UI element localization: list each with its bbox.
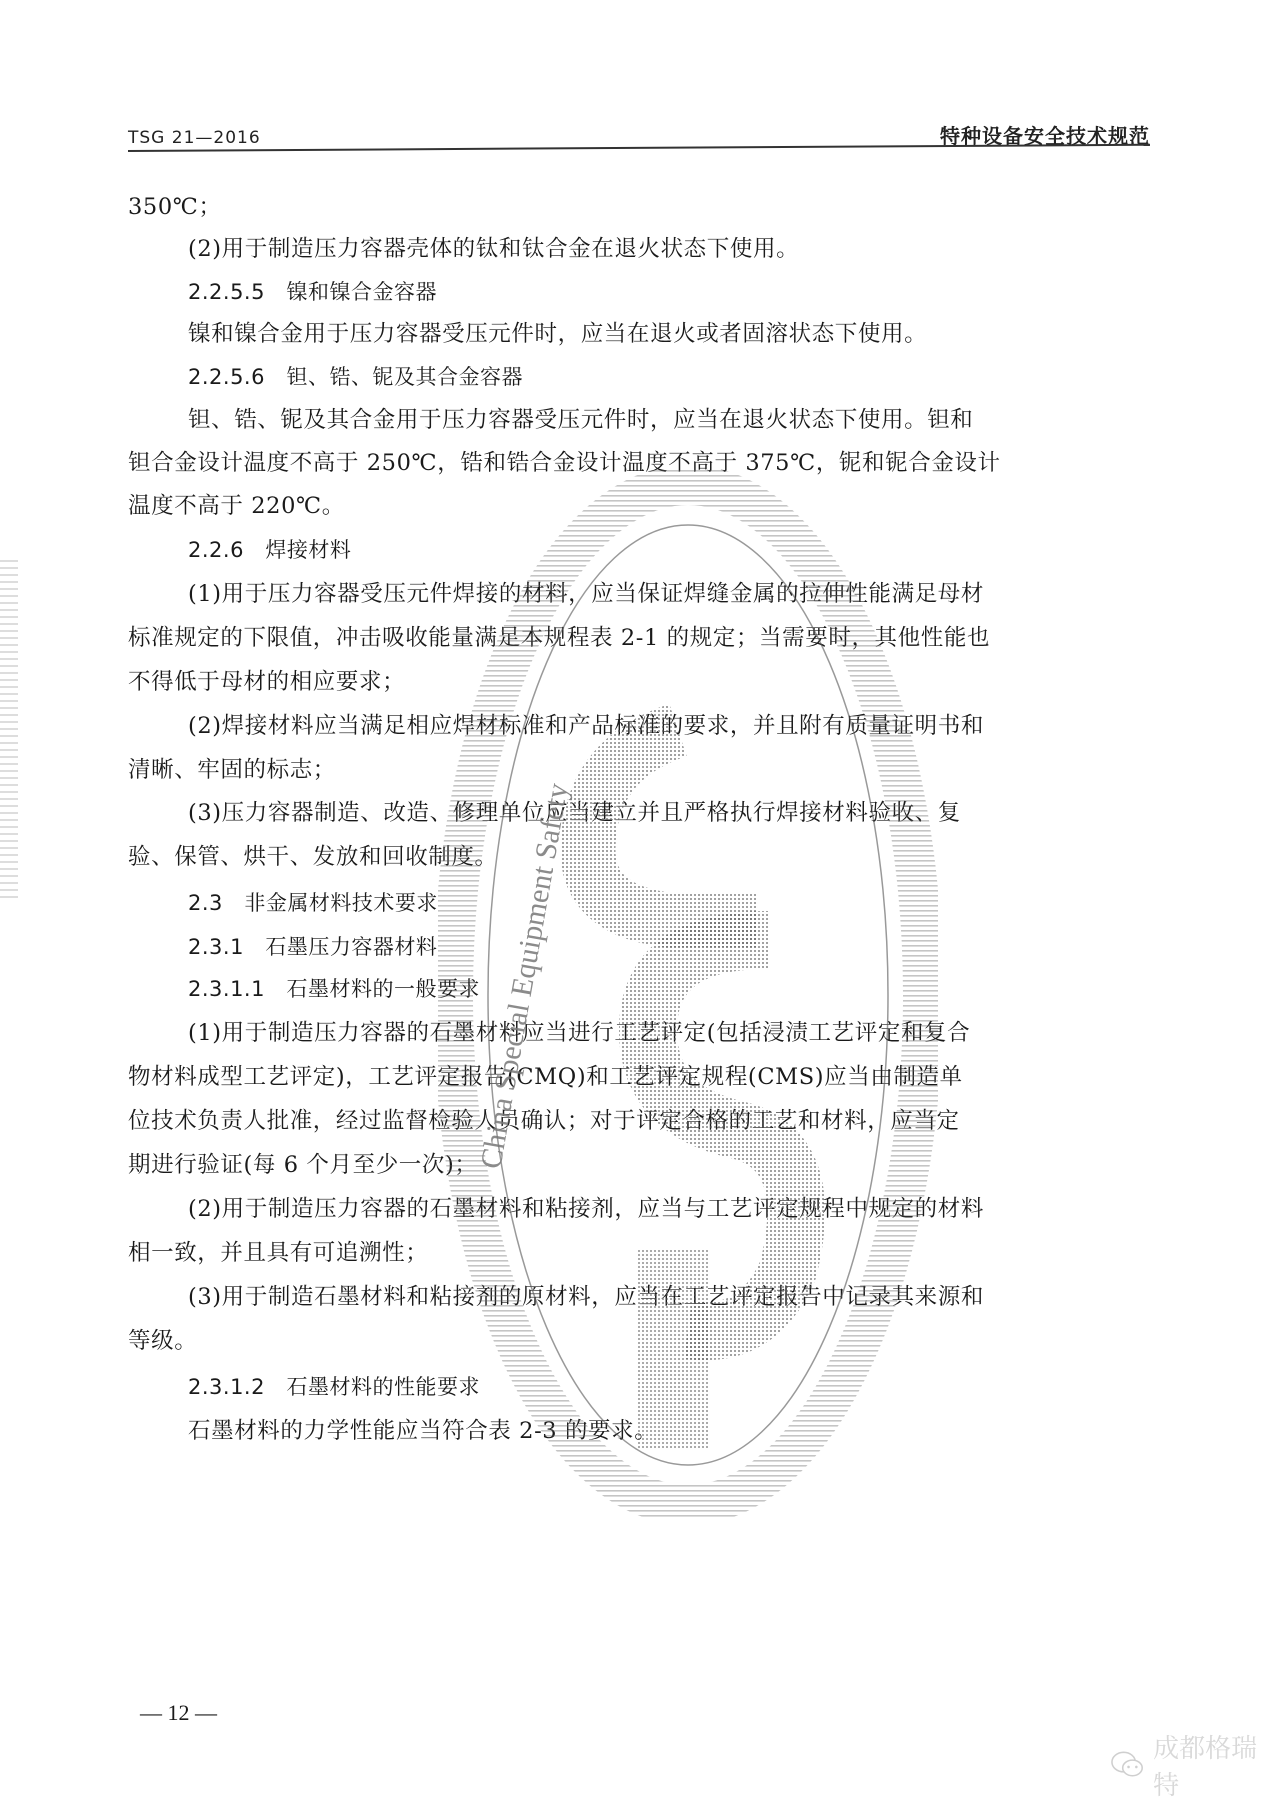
- paragraph-line: (2)用于制造压力容器壳体的钛和钛合金在退火状态下使用。: [188, 234, 799, 264]
- paragraph-line: 物材料成型工艺评定)，工艺评定报告(CMQ)和工艺评定规程(CMS)应当由制造单: [128, 1062, 963, 1092]
- paragraph-line: 350℃；: [128, 192, 222, 222]
- paragraph-line: 不得低于母材的相应要求；: [128, 667, 405, 697]
- section-heading: 2.3.1.1 石墨材料的一般要求: [188, 974, 480, 1004]
- section-heading: 2.2.5.5 镍和镍合金容器: [188, 277, 437, 307]
- section-heading: 2.3.1.2 石墨材料的性能要求: [188, 1372, 480, 1402]
- paragraph-line: 相一致，并且具有可追溯性；: [128, 1238, 428, 1268]
- wechat-account-name: 成都格瑞特: [1153, 1728, 1280, 1802]
- scan-artifact: [0, 560, 18, 900]
- paragraph-line: 镍和镍合金用于压力容器受压元件时，应当在退火或者固溶状态下使用。: [188, 319, 927, 349]
- paragraph-line: 等级。: [128, 1326, 197, 1356]
- paragraph-line: 清晰、牢固的标志；: [128, 755, 336, 785]
- paragraph-line: 石墨材料的力学性能应当符合表 2-3 的要求。: [188, 1416, 657, 1446]
- paragraph-line: 期进行验证(每 6 个月至少一次)；: [128, 1150, 477, 1180]
- page-number: — 12 —: [140, 1700, 217, 1726]
- paragraph-line: (2)用于制造压力容器的石墨材料和粘接剂，应当与工艺评定规程中规定的材料: [188, 1194, 984, 1224]
- paragraph-line: 钽、锆、铌及其合金用于压力容器受压元件时，应当在退火状态下使用。钽和: [188, 405, 973, 435]
- section-heading: 2.2.6 焊接材料: [188, 535, 351, 565]
- section-heading: 2.3.1 石墨压力容器材料: [188, 932, 437, 962]
- paragraph-line: (1)用于压力容器受压元件焊接的材料，应当保证焊缝金属的拉伸性能满足母材: [188, 579, 984, 609]
- paragraph-line: 验、保管、烘干、发放和回收制度。: [128, 842, 498, 872]
- paragraph-line: (3)压力容器制造、改造、修理单位应当建立并且严格执行焊接材料验收、复: [188, 798, 961, 828]
- wechat-account-watermark: 成都格瑞特: [1110, 1728, 1280, 1802]
- paragraph-line: (1)用于制造压力容器的石墨材料应当进行工艺评定(包括浸渍工艺评定和复合: [188, 1018, 970, 1048]
- paragraph-line: 温度不高于 220℃。: [128, 491, 345, 521]
- document-code: TSG 21—2016: [128, 128, 261, 148]
- paragraph-line: 位技术负责人批准，经过监督检验人员确认；对于评定合格的工艺和材料，应当定: [128, 1106, 960, 1136]
- paragraph-line: 钽合金设计温度不高于 250℃，锆和锆合金设计温度不高于 375℃，铌和铌合金设…: [128, 448, 1001, 478]
- paragraph-line: 标准规定的下限值，冲击吸收能量满足本规程表 2-1 的规定；当需要时，其他性能也: [128, 623, 990, 653]
- section-heading: 2.2.5.6 钽、锆、铌及其合金容器: [188, 362, 523, 392]
- paragraph-line: (3)用于制造石墨材料和粘接剂的原材料，应当在工艺评定报告中记录其来源和: [188, 1282, 984, 1312]
- paragraph-line: (2)焊接材料应当满足相应焊材标准和产品标准的要求，并且附有质量证明书和: [188, 711, 984, 741]
- section-heading: 2.3 非金属材料技术要求: [188, 888, 438, 918]
- wechat-icon: [1110, 1750, 1145, 1780]
